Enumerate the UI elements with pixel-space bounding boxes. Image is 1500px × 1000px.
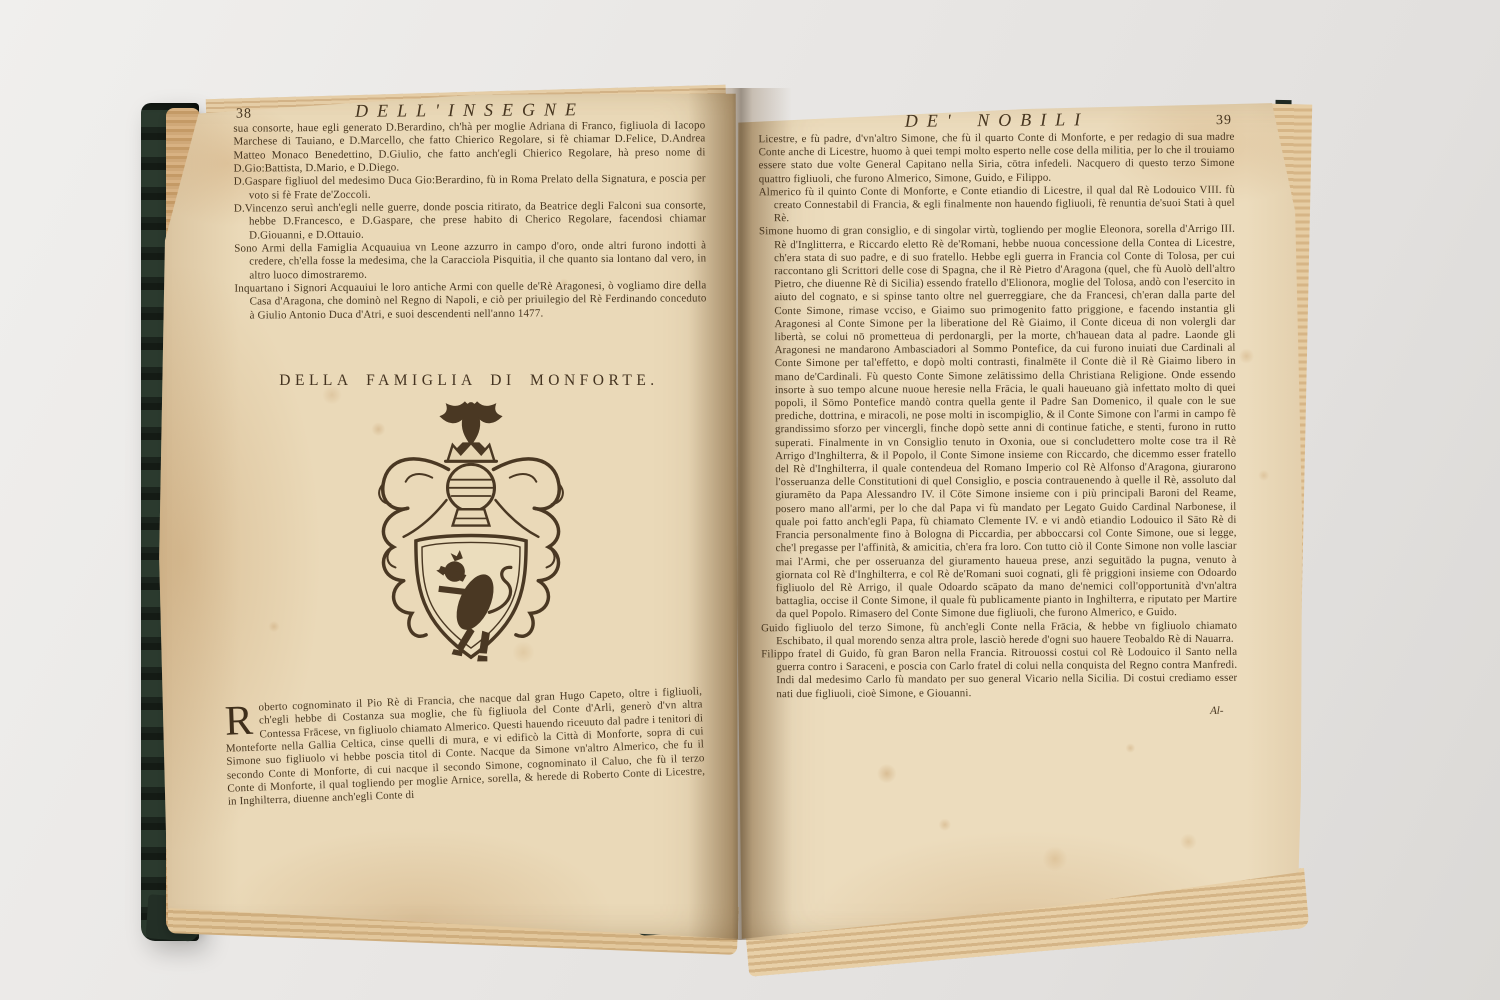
left-page-number: 38 (236, 106, 282, 122)
paragraph: Inquartano i Signori Acquauiui le loro a… (234, 279, 706, 322)
right-running-title: DE' NOBILI (808, 108, 1186, 132)
helm-icon (448, 464, 495, 525)
left-text-block: sua consorte, haue egli generato D.Berar… (233, 119, 706, 322)
paragraph: Guido figliuolo del terzo Simone, fù anc… (761, 619, 1237, 648)
book-photo: 38 DELL'INSEGNE sua consorte, haue egli … (0, 0, 1500, 1000)
paragraph: Sono Armi della Famiglia Acquauiua vn Le… (234, 239, 706, 282)
paragraph: Filippo fratel di Guido, fù gran Baron n… (761, 646, 1237, 701)
right-page-number: 39 (1186, 113, 1232, 129)
paragraph: Licestre, e fù padre, d'vn'altro Simone,… (758, 131, 1234, 186)
right-page-header: DE' NOBILI 39 (762, 108, 1232, 133)
left-running-title: DELL'INSEGNE (282, 99, 658, 123)
paragraph: D.Gaspare figliuol del medesimo Duca Gio… (234, 173, 706, 203)
right-text-block: Licestre, e fù padre, d'vn'altro Simone,… (758, 131, 1237, 719)
left-bottom-paragraph: Roberto cognominato il Pio Rè di Francia… (224, 685, 706, 809)
catchword: Al- (761, 704, 1237, 718)
monforte-coat-of-arms (348, 398, 594, 694)
paragraph: D.Vincenzo seruì anch'egli nelle guerre,… (234, 199, 706, 242)
paragraph-text: oberto cognominato il Pio Rè di Francia,… (226, 685, 706, 808)
paragraph: sua consorte, haue egli generato D.Berar… (233, 119, 705, 176)
paragraph: Almerico fù il quinto Conte di Monforte,… (759, 184, 1235, 226)
paragraph: Simone huomo di gran consiglio, e di sin… (759, 223, 1237, 622)
crown-icon (445, 443, 496, 461)
section-heading: DELLA FAMIGLIA DI MONFORTE. (234, 372, 704, 390)
drop-cap: R (224, 702, 259, 739)
